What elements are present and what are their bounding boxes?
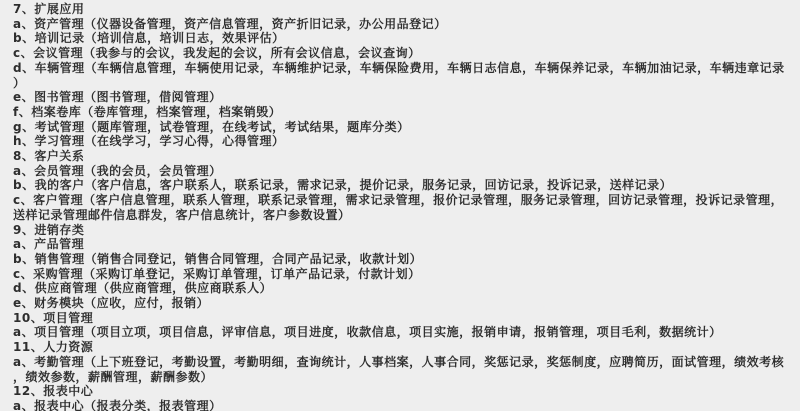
text-line: 11、人力资源 xyxy=(13,340,796,355)
text-line: 9、进销存类 xyxy=(13,223,796,238)
text-line: d、车辆管理（车辆信息管理，车辆使用记录，车辆维护记录，车辆保险费用，车辆日志信… xyxy=(13,61,796,76)
text-line: a、会员管理（我的会员，会员管理） xyxy=(13,164,796,179)
text-line: h、学习管理（在线学习，学习心得，心得管理） xyxy=(13,134,796,149)
text-line: e、财务模块（应收，应付，报销） xyxy=(13,296,796,311)
text-line: a、产品管理 xyxy=(13,237,796,252)
text-line: b、销售管理（销售合同登记，销售合同管理，合同产品记录，收款计划） xyxy=(13,252,796,267)
text-line: b、我的客户（客户信息，客户联系人，联系记录，需求记录，提价记录，服务记录，回访… xyxy=(13,178,796,193)
text-line: f、档案卷库（卷库管理，档案管理，档案销毁） xyxy=(13,105,796,120)
text-line: a、资产管理（仪器设备管理，资产信息管理，资产折旧记录，办公用品登记） xyxy=(13,17,796,32)
feature-list-document: 7、扩展应用a、资产管理（仪器设备管理，资产信息管理，资产折旧记录，办公用品登记… xyxy=(0,0,800,411)
text-line: c、客户管理（客户信息管理，联系人管理，联系记录管理，需求记录管理，报价记录管理… xyxy=(13,193,796,208)
text-line: g、考试管理（题库管理，试卷管理，在线考试，考试结果，题库分类） xyxy=(13,120,796,135)
text-line: 8、客户关系 xyxy=(13,149,796,164)
text-line: b、培训记录（培训信息，培训日志，效果评估） xyxy=(13,31,796,46)
text-line: d、供应商管理（供应商管理，供应商联系人） xyxy=(13,281,796,296)
text-line: 送样记录管理邮件信息群发，客户信息统计，客户参数设置） xyxy=(13,208,796,223)
text-line: e、图书管理（图书管理，借阅管理） xyxy=(13,90,796,105)
text-line: c、会议管理（我参与的会议，我发起的会议，所有会议信息，会议查询） xyxy=(13,46,796,61)
text-line: 12、报表中心 xyxy=(13,384,796,399)
text-line: ，绩效参数，薪酬管理，薪酬参数） xyxy=(13,370,796,385)
text-line: a、项目管理（项目立项，项目信息，评审信息，项目进度，收款信息，项目实施，报销申… xyxy=(13,325,796,340)
text-line: 10、项目管理 xyxy=(13,311,796,326)
text-line: ） xyxy=(13,76,796,91)
text-line: 7、扩展应用 xyxy=(13,2,796,17)
text-line: a、考勤管理（上下班登记，考勤设置，考勤明细，查询统计，人事档案，人事合同，奖惩… xyxy=(13,355,796,370)
text-line: c、采购管理（采购订单登记，采购订单管理，订单产品记录，付款计划） xyxy=(13,267,796,282)
text-line: a、报表中心（报表分类，报表管理） xyxy=(13,399,796,411)
